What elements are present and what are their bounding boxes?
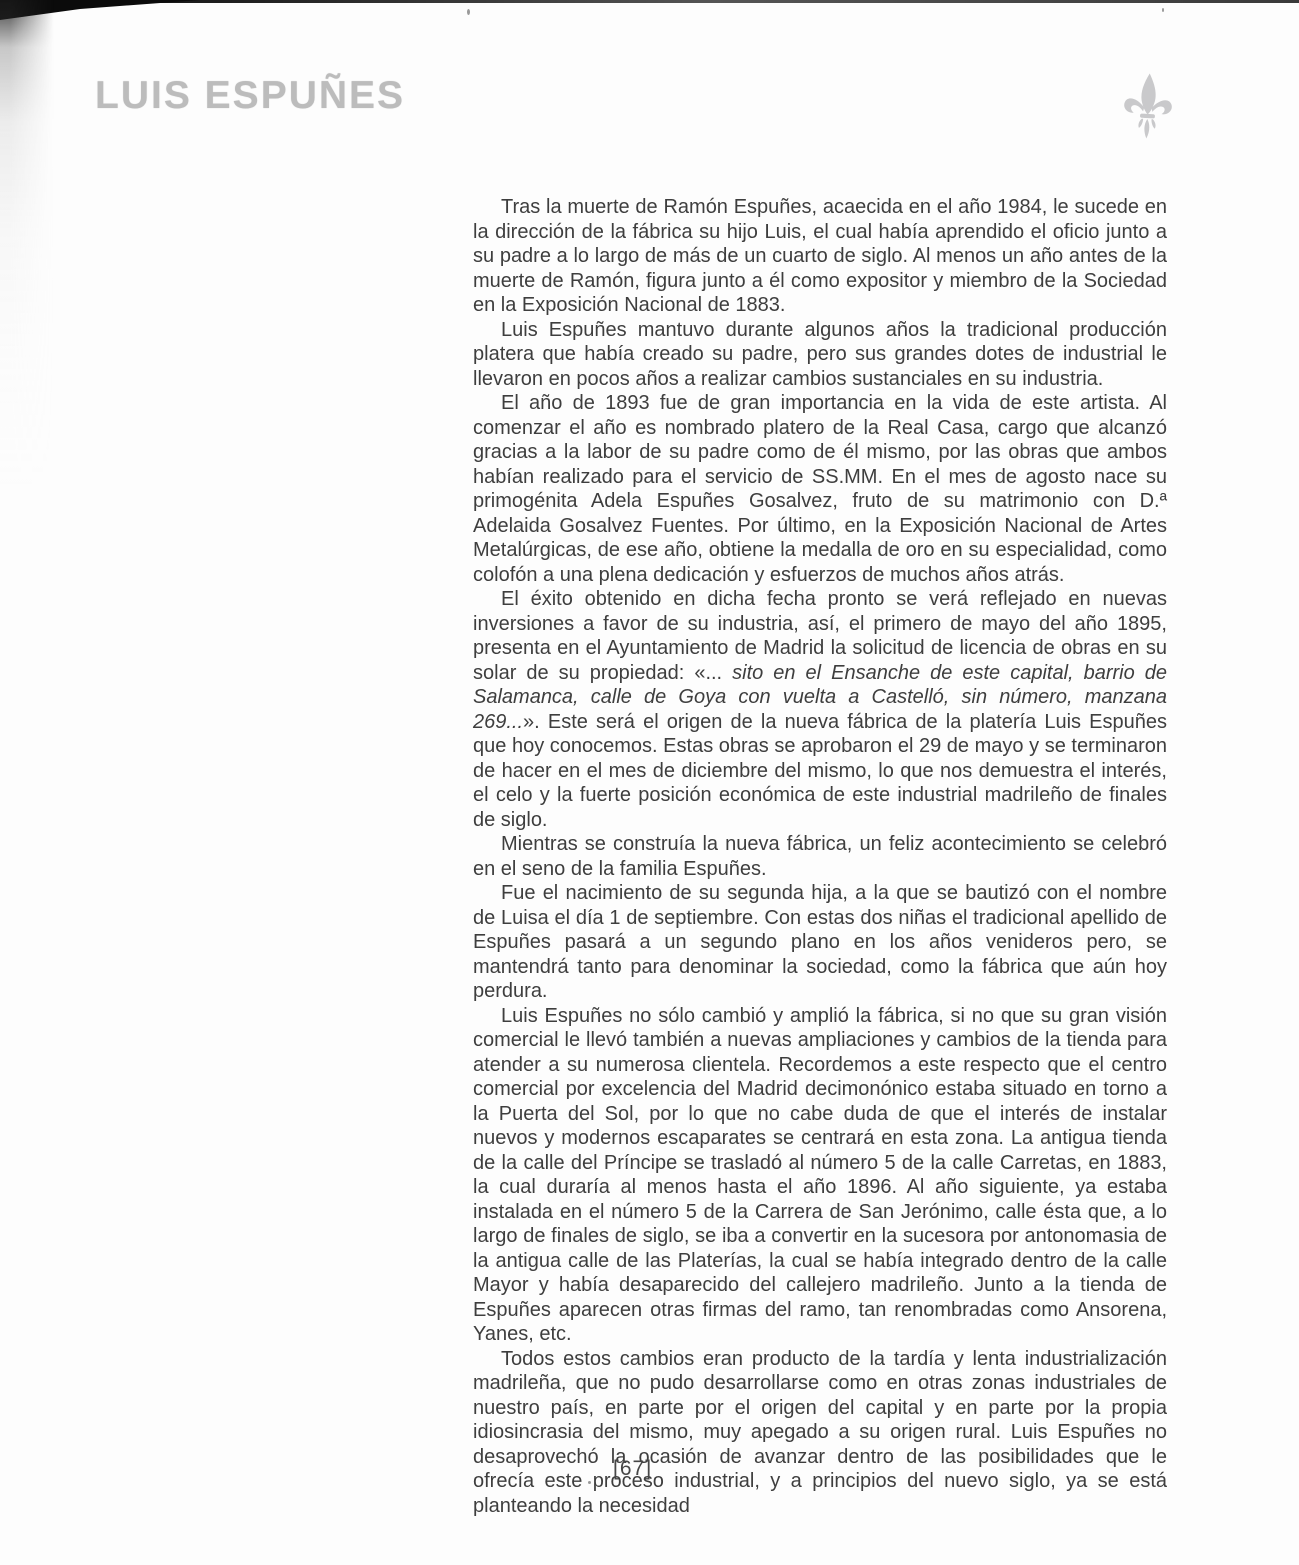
scan-speck [467,9,470,15]
paragraph: El año de 1893 fue de gran importancia e… [473,391,1167,587]
scan-artifact-top-edge [0,0,1299,3]
page-title: LUIS ESPUÑES [95,74,405,118]
scan-artifact-left-gutter [0,0,56,680]
page-number: [67] [613,1457,652,1481]
paragraph-text: Luis Espuñes mantuvo durante algunos año… [473,319,1167,390]
paragraph-text: Mientras se construía la nueva fábrica, … [473,833,1167,880]
paragraph-text: El año de 1893 fue de gran importancia e… [473,392,1167,586]
paragraph-text: Fue el nacimiento de su segunda hija, a … [473,882,1167,1002]
paragraph-text: Luis Espuñes no sólo cambió y amplió la … [473,1005,1167,1346]
paragraph-text: Todos estos cambios eran producto de la … [473,1348,1167,1517]
paragraph: Luis Espuñes no sólo cambió y amplió la … [473,1004,1167,1347]
paragraph: Mientras se construía la nueva fábrica, … [473,832,1167,881]
paragraph-text: Tras la muerte de Ramón Espuñes, acaecid… [473,196,1167,316]
paragraph-text: ». Este será el origen de la nueva fábri… [473,711,1167,831]
paragraph: Tras la muerte de Ramón Espuñes, acaecid… [473,195,1167,318]
paragraph: Fue el nacimiento de su segunda hija, a … [473,881,1167,1004]
body-text: Tras la muerte de Ramón Espuñes, acaecid… [473,195,1167,1518]
paragraph: Luis Espuñes mantuvo durante algunos año… [473,318,1167,392]
fleur-de-lis-icon [1119,69,1177,144]
scan-speck [1162,8,1164,12]
book-page: LUIS ESPUÑES Tras la muerte de Ramón Esp… [0,0,1299,1565]
paragraph: El éxito obtenido en dicha fecha pronto … [473,587,1167,832]
paragraph: Todos estos cambios eran producto de la … [473,1347,1167,1519]
